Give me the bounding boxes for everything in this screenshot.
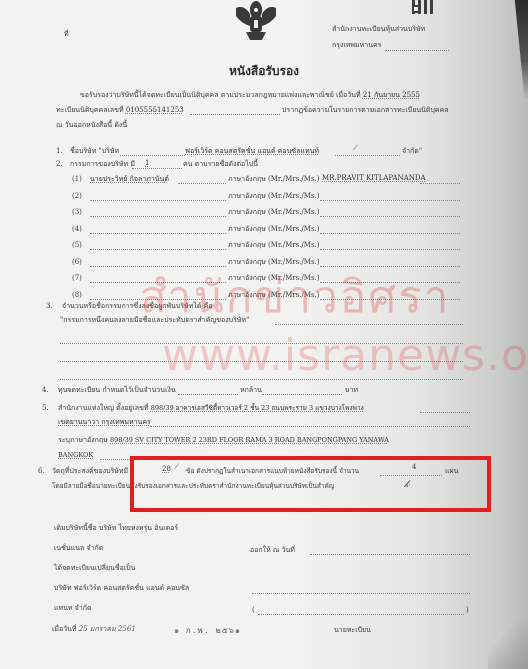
directors-label: กรรมการของบริษัท มี	[70, 160, 135, 169]
qr-code-icon	[412, 0, 438, 14]
garuda-emblem-icon	[232, 0, 280, 42]
director-thai-name: นายประวิทย์ กิจลาภานันต์	[90, 175, 169, 184]
director-index: (8)	[72, 291, 82, 300]
name-change-line: ได้จดทะเบียนเปลี่ยนชื่อเป็น	[54, 564, 135, 573]
address-english-1: 898/39 SV CITY TOWER 2 23RD FLOOR RAMA 3…	[110, 436, 389, 444]
english-name-label: ภาษาอังกฤษ (Mr./Mrs./Ms.)	[228, 241, 320, 250]
registrar-label: นายทะเบียน	[334, 626, 371, 635]
company-name: ฟอร์เวิร์ด คอนสตรัคชั่น แอนด์ คอนซัลแทนท…	[185, 147, 319, 156]
watermark-url: www.isranews.org	[162, 330, 528, 381]
capital-label: ทุนจดทะเบียน กำหนดไว้เป็นจำนวนเงิน	[58, 386, 176, 395]
watermark-thai: สำนักข่าวอิศรา	[140, 262, 450, 332]
english-name-label: ภาษาอังกฤษ (Mr./Mrs./Ms.)	[228, 192, 320, 201]
intro-line-2: ทะเบียนนิติบุคคลเลขที่ 0105555141253	[56, 106, 184, 115]
handwritten-date: 25 มกราคม 2561	[79, 625, 136, 633]
registration-date: 21 กันยายน 2555	[363, 91, 420, 99]
english-name-label: ภาษาอังกฤษ (Mr./Mrs./Ms.)	[228, 175, 320, 184]
director-index: (5)	[72, 241, 82, 250]
company-name-label: ชื่อบริษัท "บริษัท	[70, 147, 119, 156]
new-name-line-2: แทนท จำกัด	[54, 604, 92, 613]
director-index: (2)	[72, 192, 82, 201]
capital-amount: หกล้าน	[240, 386, 262, 395]
head-office-label: สำนักงานแห่งใหญ่ ตั้งอยู่เลขที่ 898/39 อ…	[58, 404, 364, 413]
director-english-name: MR.PRAVIT KITLAPANANDA	[322, 174, 426, 183]
document-number-label: ที่	[64, 30, 69, 39]
director-index: (3)	[72, 208, 82, 217]
photo-edge-shadow	[506, 0, 528, 100]
address-thai-2: เขตยานนาวา กรุงเทพมหานคร	[58, 418, 151, 427]
check-mark-icon: ⁄	[355, 144, 356, 153]
name-change-date: เมื่อวันที่ 25 มกราคม 2561	[52, 625, 136, 634]
objectives-label: วัตถุที่ประสงค์ของบริษัทมี	[52, 467, 128, 476]
address-english-line: ระบุภาษาอังกฤษ 898/39 SV CITY TOWER 2 23…	[58, 436, 389, 445]
issued-date-label: ออกให้ ณ วันที่	[250, 546, 295, 555]
intro-line-2-suffix: ปรากฏข้อความในรายการตามเอกสารทะเบียนนิติ…	[282, 106, 449, 115]
director-index: (4)	[72, 225, 82, 234]
former-name-line-2: เนชั่นแนล จำกัด	[54, 544, 103, 553]
director-index: (1)	[72, 175, 82, 184]
english-name-label: ภาษาอังกฤษ (Mr./Mrs./Ms.)	[228, 225, 320, 234]
highlight-box	[130, 456, 491, 512]
english-name-label: ภาษาอังกฤษ (Mr./Mrs./Ms.)	[228, 208, 320, 217]
address-thai-1: 898/39 อาคารเอสวีซิตี้ทาวเวอร์ 2 ชั้น 23…	[151, 404, 364, 412]
page-curl-shadow	[488, 609, 528, 669]
former-name-line-1: เดิมบริษัทนี้ชื่อ บริษัท ไทยหงหรุ่น อินเ…	[54, 524, 178, 533]
intro-line-3: ณ วันออกหนังสือนี้ ดังนี้	[56, 121, 127, 130]
document-title: หนังสือรับรอง	[0, 62, 528, 81]
intro-line-1: ขอรับรองว่าบริษัทนี้ได้จดทะเบียนเป็นนิติ…	[80, 91, 420, 100]
registration-number: 0105555141253	[126, 106, 184, 114]
office-name: สำนักงานทะเบียนหุ้นส่วนบริษัท	[332, 25, 425, 34]
address-english-2: BANGKOK	[58, 451, 93, 460]
directors-count: 1	[145, 159, 149, 168]
director-index: (7)	[72, 274, 82, 283]
office-city: กรุงเทพมหานคร	[332, 41, 381, 50]
director-index: (6)	[72, 258, 82, 267]
new-name-line-1: บริษัท ฟอร์เวิร์ด คอนสตรัคชั่น แอนด์ คอน…	[54, 584, 189, 593]
date-stamp: ๑ ก.พ. ๒๕๖๑	[174, 624, 241, 637]
